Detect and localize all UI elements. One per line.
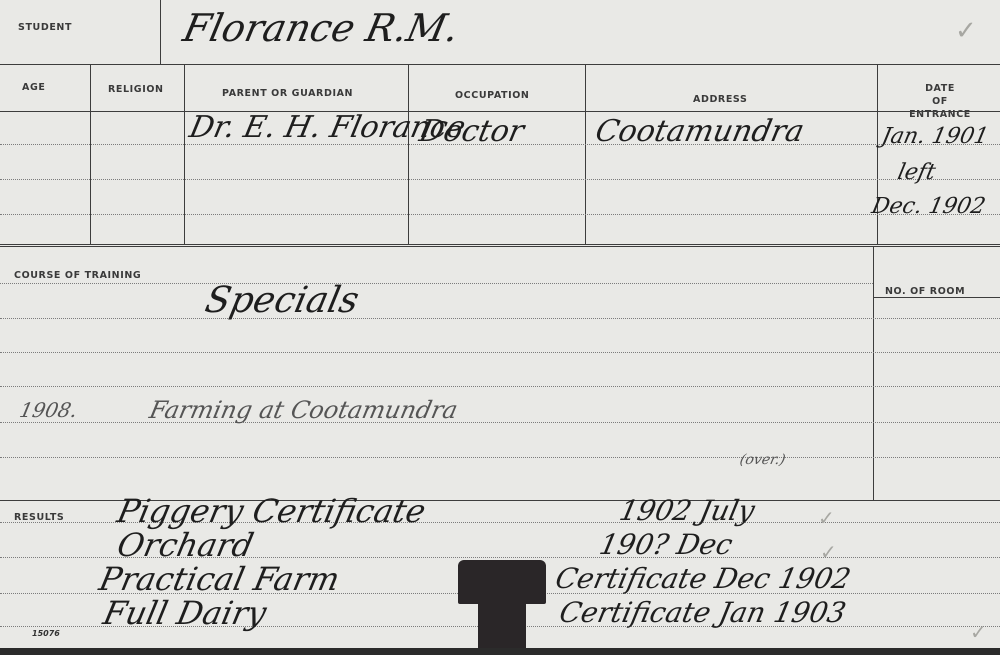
divider <box>0 244 1000 247</box>
check-mark-icon: ✓ <box>970 620 987 644</box>
check-mark-icon: ✓ <box>955 16 977 46</box>
label-student: STUDENT <box>18 22 72 33</box>
result-detail: Certificate Jan 1903 <box>556 596 848 629</box>
label-occupation: OCCUPATION <box>455 90 529 101</box>
label-address: ADDRESS <box>693 94 747 105</box>
divider <box>585 64 586 244</box>
label-parent: PARENT OR GUARDIAN <box>222 88 353 99</box>
result-subject: Full Dairy <box>100 594 270 632</box>
label-course-of-training: COURSE OF TRAINING <box>14 270 141 281</box>
note-over: (over.) <box>738 452 787 468</box>
date-entered-value: Jan. 1901 <box>879 124 990 149</box>
date-left-label: left <box>895 160 937 185</box>
student-record-card: STUDENT Florance R.M. ✓ AGE RELIGION PAR… <box>0 0 1000 655</box>
address-value: Cootamundra <box>592 114 807 149</box>
label-date-of-entrance: DATE OF ENTRANCE <box>880 82 1000 121</box>
dotted-rule <box>0 352 1000 353</box>
student-name: Florance R.M. <box>179 6 463 50</box>
card-serial-number: 15076 <box>32 629 60 638</box>
course-of-training-value: Specials <box>202 280 363 321</box>
check-mark-icon: ✓ <box>820 540 837 564</box>
dotted-rule <box>0 283 873 284</box>
divider <box>160 0 161 64</box>
divider <box>873 246 874 501</box>
occupation-value: Doctor <box>416 114 527 149</box>
result-subject: Practical Farm <box>96 560 343 598</box>
date-left-value: Dec. 1902 <box>869 194 987 219</box>
note-text: Farming at Cootamundra <box>147 396 460 424</box>
label-religion: RELIGION <box>108 84 164 95</box>
label-no-of-room: No. OF ROOM <box>885 286 965 297</box>
dotted-rule <box>0 457 1000 458</box>
result-detail: Certificate Dec 1902 <box>552 562 853 595</box>
divider <box>0 64 1000 65</box>
note-year: 1908. <box>17 398 79 422</box>
dotted-rule <box>0 318 1000 319</box>
dotted-rule <box>0 386 1000 387</box>
check-mark-icon: ✓ <box>818 506 835 530</box>
divider <box>408 64 409 244</box>
divider <box>90 64 91 244</box>
divider <box>873 297 1000 298</box>
divider <box>184 64 185 244</box>
index-tab-cutout <box>458 560 546 655</box>
result-subject: Orchard <box>114 526 257 564</box>
result-subject: Piggery Certificate <box>114 492 429 530</box>
result-detail: 190? Dec <box>596 528 735 561</box>
dotted-rule <box>0 214 1000 215</box>
card-bottom-edge <box>0 648 1000 655</box>
result-detail: 1902 July <box>616 494 757 527</box>
label-age: AGE <box>22 82 45 93</box>
dotted-rule <box>0 179 1000 180</box>
divider <box>0 111 1000 112</box>
